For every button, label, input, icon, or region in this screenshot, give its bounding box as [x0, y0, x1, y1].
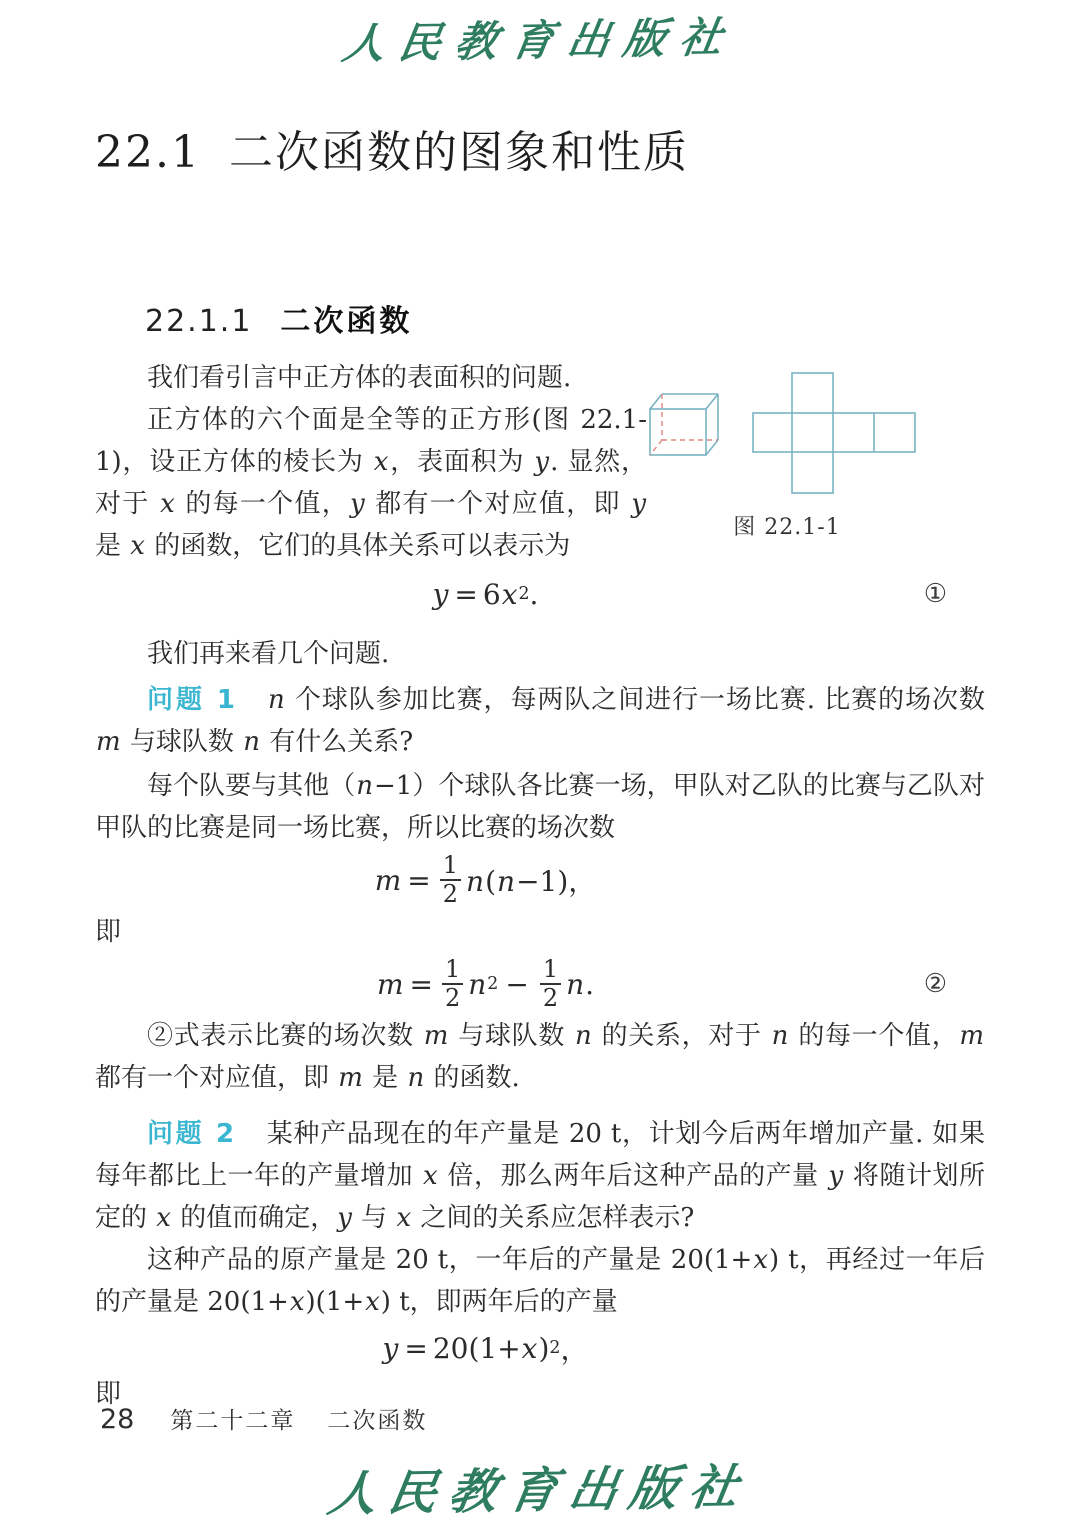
problem-1-solution: 每个队要与其他（n−1）个球队各比赛一场，甲队对乙队的比赛与乙队对甲队的比赛是同… [95, 765, 985, 849]
equation-number-2: ② [924, 969, 947, 999]
footer-chapter: 第二十二章 [170, 1402, 295, 1435]
equation-1: y=6x2. ① [95, 571, 985, 617]
equation-4-body: y=20(1+x)2， [382, 1328, 589, 1368]
problem-2-label: 问题 2 [147, 1119, 236, 1149]
footer-section: 二次函数 [327, 1402, 427, 1435]
equation-number-1: ① [924, 579, 947, 609]
equation-3: m=12n2−12n. ② [95, 955, 985, 1013]
publisher-logo-text: 人民教育出版社 [339, 5, 742, 72]
fraction-one-half: 12 [440, 852, 461, 908]
cube-figure [650, 394, 718, 455]
problem-2: 问题 2某种产品现在的年产量是 20 t，计划今后两年增加产量. 如果每年都比上… [95, 1113, 985, 1239]
subsection-number: 22.1.1 [145, 304, 252, 339]
subsection-title: 二次函数 [280, 304, 412, 339]
chapter-number: 22.1 [95, 127, 201, 178]
equation-2-note: ②式表示比赛的场次数 m 与球队数 n 的关系，对于 n 的每一个值，m 都有一… [95, 1015, 985, 1099]
fraction-one-half: 12 [442, 956, 463, 1012]
problem-1: 问题 1n 个球队参加比赛，每两队之间进行一场比赛. 比赛的场次数 m 与球队数… [95, 679, 985, 763]
namely-1: 即 [95, 911, 985, 953]
page-footer: 28 第二十二章 二次函数 [100, 1402, 427, 1435]
publisher-logo-bottom: 人民教育出版社 [0, 1452, 1080, 1521]
problem-1-label: 问题 1 [147, 685, 237, 715]
subsection-heading: 22.1.1二次函数 [145, 301, 985, 343]
cube-net-figure [753, 373, 915, 493]
equation-4: y=20(1+x)2， [95, 1325, 985, 1371]
equation-2-body: m=12n(n−1)， [374, 852, 597, 908]
intro-section: 图 22.1-1 我们看引言中正方体的表面积的问题. 正方体的六个面是全等的正方… [95, 357, 985, 567]
figure-22-1-1: 图 22.1-1 [640, 371, 985, 541]
paragraph-intro-2: 正方体的六个面是全等的正方形(图 22.1-1)，设正方体的棱长为 x，表面积为… [95, 399, 647, 567]
equation-2: m=12n(n−1)， [95, 851, 985, 909]
publisher-logo-top: 人民教育出版社 [0, 0, 1080, 64]
page-number: 28 [100, 1404, 134, 1435]
chapter-name: 二次函数的图象和性质 [229, 127, 689, 178]
paragraph-lead-in: 我们再来看几个问题. [95, 633, 985, 675]
equation-3-body: m=12n2−12n. [376, 956, 594, 1012]
figure-caption: 图 22.1-1 [727, 510, 847, 541]
equation-1-body: y=6x2. [432, 578, 539, 611]
cube-and-net-figure [640, 371, 985, 504]
chapter-title: 22.1二次函数的图象和性质 [95, 124, 985, 181]
page-body: 22.1二次函数的图象和性质 22.1.1二次函数 [0, 124, 1080, 1415]
fraction-one-half: 12 [540, 956, 561, 1012]
problem-2-solution: 这种产品的原产量是 20 t，一年后的产量是 20(1+x) t，再经过一年后的… [95, 1239, 985, 1323]
cube-hidden-edges [650, 394, 718, 455]
publisher-logo-text: 人民教育出版社 [324, 1448, 756, 1524]
